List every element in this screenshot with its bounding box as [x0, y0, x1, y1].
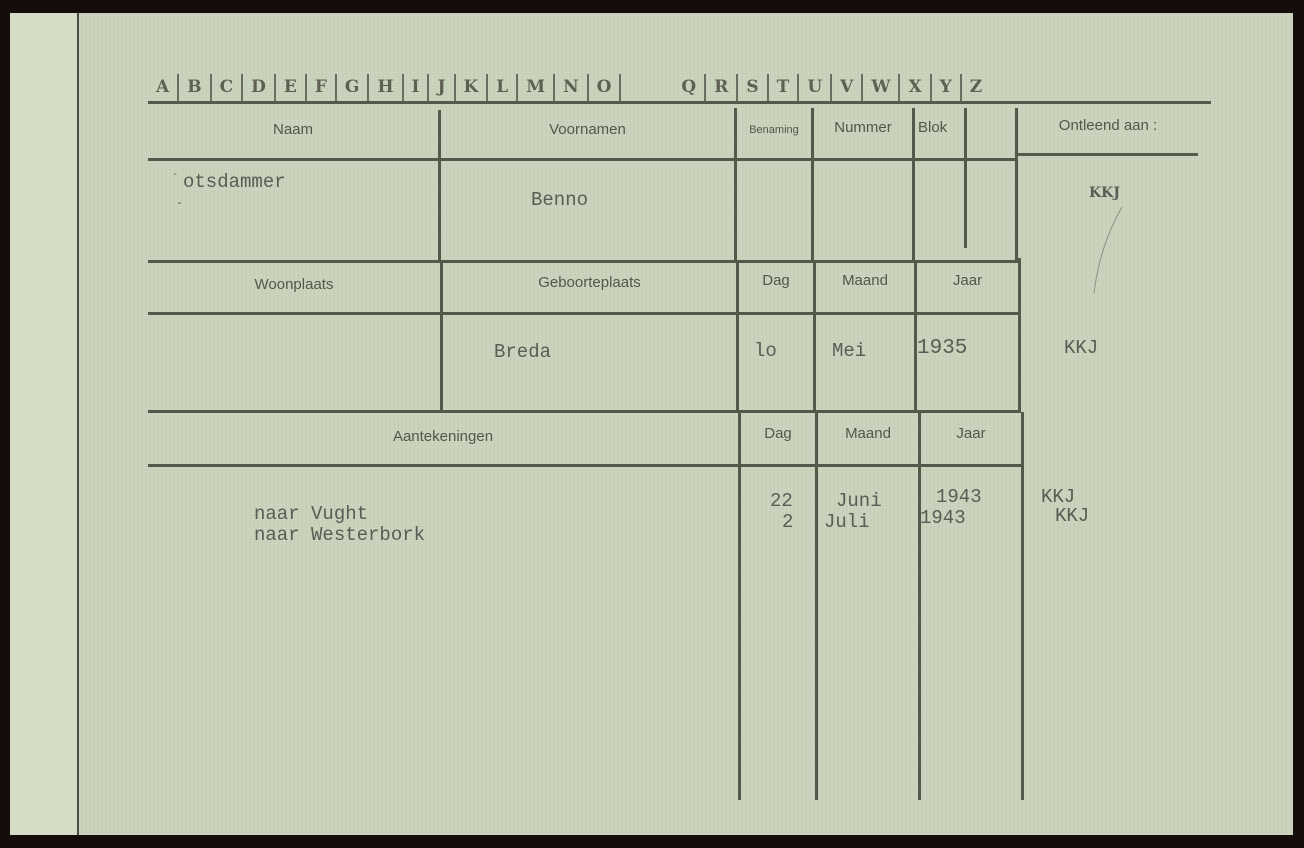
mark: -	[176, 196, 183, 210]
tab-letter: U	[799, 74, 832, 104]
header-jaar: Jaar	[917, 272, 1018, 289]
tab-letter: N	[555, 74, 589, 104]
header-geboorteplaats: Geboorteplaats	[443, 274, 736, 291]
value-source-2: KKJ	[1064, 337, 1098, 359]
header-ontleend-aan: Ontleend aan :	[1018, 117, 1198, 134]
header-benaming: Benaming	[737, 124, 811, 136]
tab-letter: E	[276, 74, 307, 104]
tab-letter: X	[900, 74, 931, 104]
tab-letter: F	[307, 74, 337, 104]
tab-letter: J	[429, 74, 455, 104]
tab-letter: Z	[962, 74, 990, 104]
tab-letter: L	[488, 74, 518, 104]
tab-letter: A	[148, 74, 179, 104]
tab-letter: V	[832, 74, 863, 104]
header-maand: Maand	[816, 272, 914, 289]
note-text: naar Westerbork	[254, 524, 425, 546]
tab-letter: I	[404, 74, 430, 104]
rule	[148, 260, 1020, 263]
note-dag: 2	[782, 511, 793, 533]
value-naam: otsdammer	[183, 171, 286, 193]
tab-letter: T	[769, 74, 800, 104]
rule	[148, 464, 1022, 467]
mark: -	[172, 170, 178, 181]
header-blok: Blok	[915, 119, 966, 136]
header-aantekeningen: Aantekeningen	[148, 428, 738, 445]
background-card	[10, 13, 80, 835]
value-geboorteplaats: Breda	[494, 341, 551, 363]
note-dag: 22	[770, 490, 793, 512]
rule	[148, 312, 1020, 315]
rule	[1018, 153, 1198, 156]
tab-letter: M	[518, 74, 555, 104]
header-voornamen: Voornamen	[441, 121, 734, 138]
rule	[1021, 412, 1024, 800]
rule	[148, 410, 1021, 413]
rule	[1018, 258, 1021, 410]
header-nummer: Nummer	[814, 119, 912, 136]
tab-letter: Y	[932, 74, 962, 104]
tab-letter: B	[179, 74, 211, 104]
value-geboorte-maand: Mei	[832, 340, 866, 362]
tab-letter: O	[589, 74, 622, 104]
tab-letter: S	[738, 74, 768, 104]
value-geboorte-dag: lo	[754, 340, 777, 362]
tab-gap	[621, 74, 673, 104]
rule	[815, 412, 818, 800]
note-maand: Juni	[836, 490, 882, 512]
header-dag: Dag	[741, 425, 815, 442]
tab-letter: Q	[673, 74, 706, 104]
value-geboorte-jaar: 1935	[917, 337, 967, 360]
tab-letter: H	[369, 74, 403, 104]
card-edge	[77, 13, 79, 835]
rule	[738, 412, 741, 800]
note-jaar: 1943	[936, 486, 982, 508]
note-bron: KKJ	[1055, 505, 1089, 527]
value-voornamen: Benno	[531, 189, 588, 211]
tab-letter: W	[863, 74, 900, 104]
note-maand: Juli	[824, 511, 870, 533]
rule	[918, 412, 921, 800]
rule	[148, 101, 1211, 104]
alphabet-tabs: A B C D E F G H I J K L M N O Q R S T U …	[148, 74, 990, 104]
rule	[148, 158, 1018, 161]
header-dag: Dag	[739, 272, 813, 289]
tab-letter: R	[706, 74, 738, 104]
tab-letter: C	[212, 74, 244, 104]
pencil-stroke	[1090, 205, 1130, 295]
header-naam: Naam	[148, 121, 438, 138]
tab-letter: K	[456, 74, 489, 104]
note-jaar: 1943	[920, 507, 966, 529]
note-text: naar Vught	[254, 503, 368, 525]
tab-letter: G	[337, 74, 370, 104]
tab-letter: D	[243, 74, 276, 104]
value-source-1: KKJ	[1089, 185, 1120, 201]
header-jaar: Jaar	[921, 425, 1021, 442]
header-woonplaats: Woonplaats	[148, 276, 440, 293]
header-maand: Maand	[818, 425, 918, 442]
